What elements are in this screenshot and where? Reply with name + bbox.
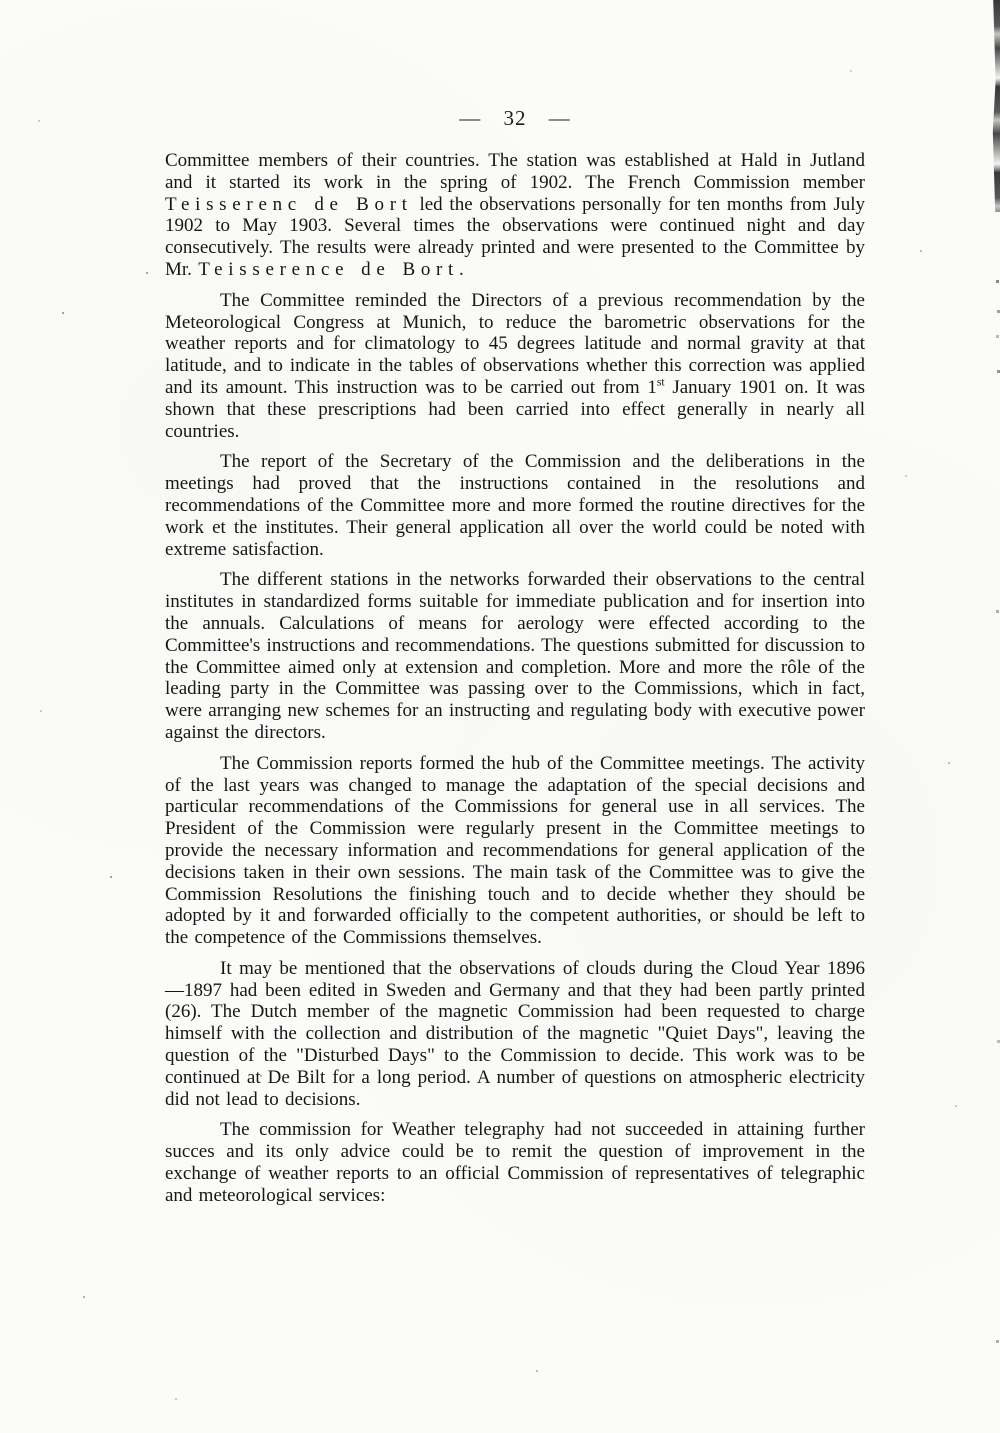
page-number: — 32 — <box>165 106 865 131</box>
paragraph: The Commission reports formed the hub of… <box>165 753 865 949</box>
scanned-page: — 32 — Committee members of their countr… <box>0 0 1000 1433</box>
scan-noise-speckles <box>0 0 2 2</box>
letterspaced-name: Teisserenc de Bort <box>165 194 413 215</box>
body-text: The Commission reports formed the hub of… <box>165 753 865 948</box>
paragraph: The commission for Weather telegraphy ha… <box>165 1119 865 1206</box>
paragraph: The different stations in the networks f… <box>165 569 865 743</box>
paragraph: Committee members of their countries. Th… <box>165 150 865 281</box>
body-text: The report of the Secretary of the Commi… <box>165 451 865 559</box>
superscript-text: st <box>657 376 665 389</box>
body-text: The different stations in the networks f… <box>165 569 865 743</box>
paragraph: The report of the Secretary of the Commi… <box>165 451 865 560</box>
body-text: . <box>459 259 464 280</box>
paragraph: It may be mentioned that the observation… <box>165 958 865 1111</box>
body-text: Committee members of their countries. Th… <box>165 150 865 193</box>
body-text: The commission for Weather telegraphy ha… <box>165 1119 865 1205</box>
page-body: Committee members of their countries. Th… <box>165 150 865 1216</box>
body-text: It may be mentioned that the observation… <box>165 958 865 1110</box>
letterspaced-name: Teisserence de Bort <box>198 259 459 280</box>
paragraph: The Committee reminded the Directors of … <box>165 290 865 443</box>
scan-artifact-dots <box>996 280 999 283</box>
scan-artifact-edge <box>992 0 1000 212</box>
